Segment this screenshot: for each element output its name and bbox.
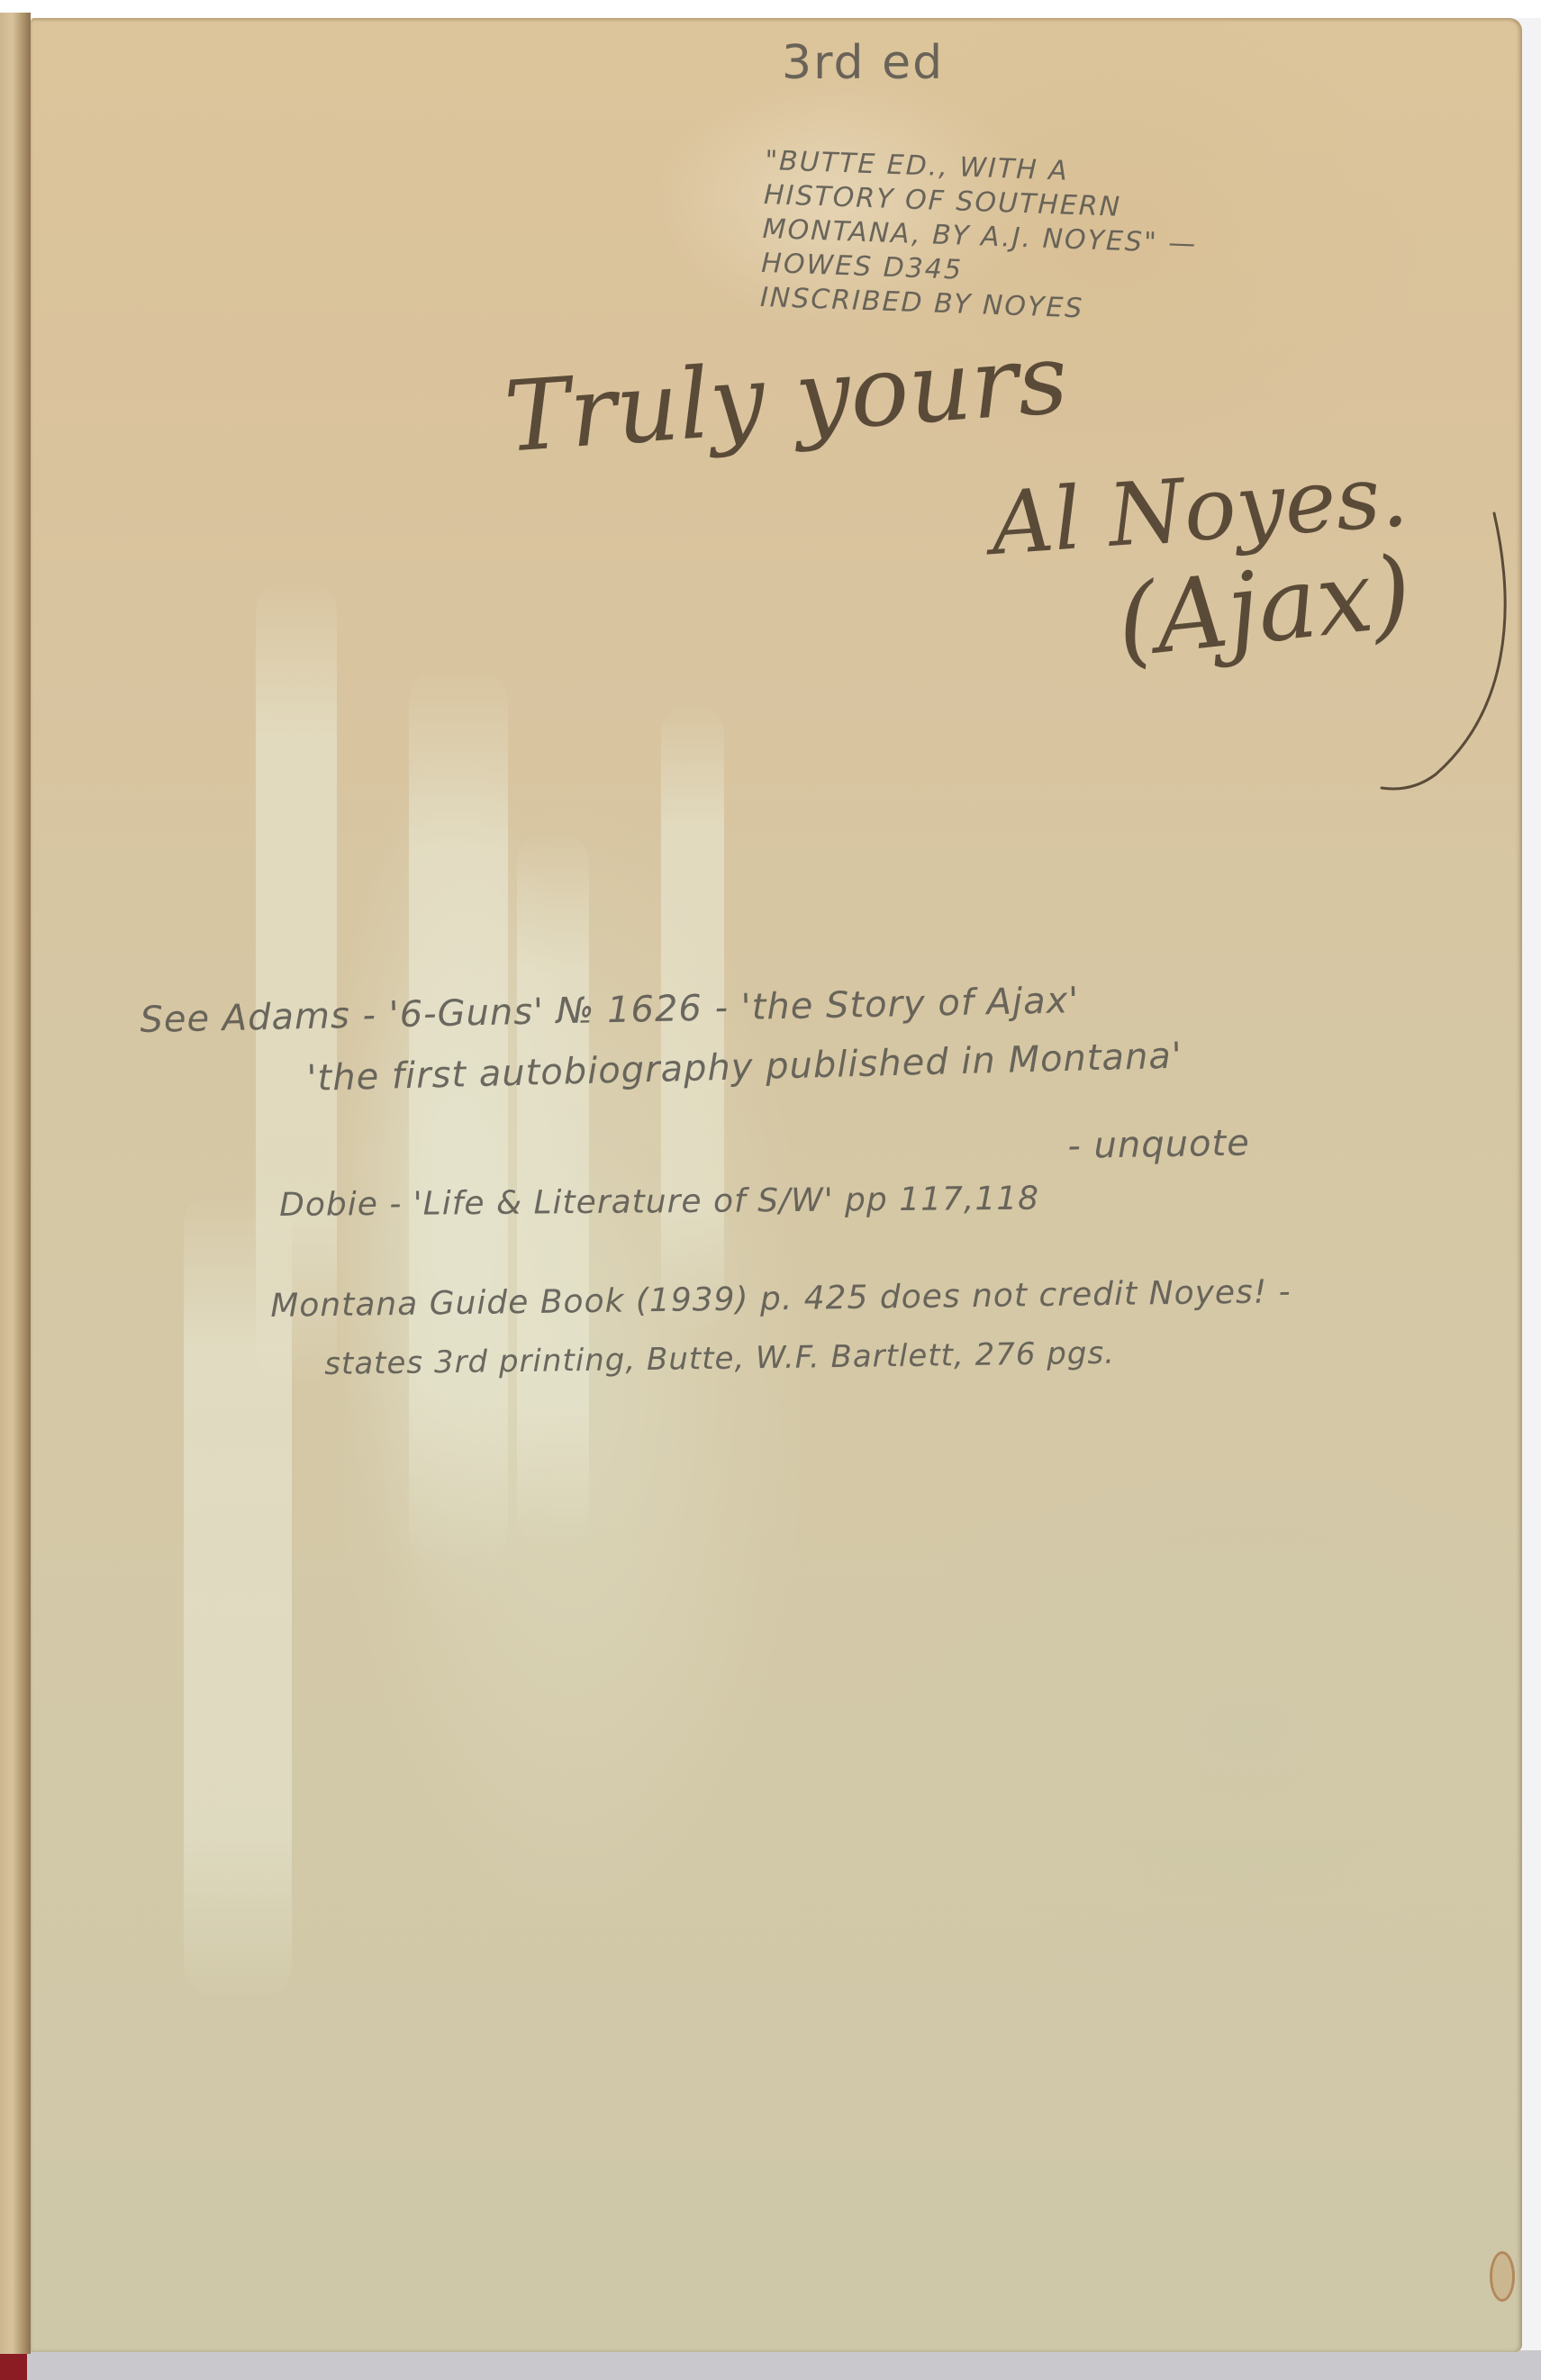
book-hinge [0, 13, 31, 2354]
foxing-stain [1490, 2251, 1515, 2302]
table-surface [27, 2350, 1541, 2380]
reference-dobie: Dobie - 'Life & Literature of S/W' pp 11… [279, 1181, 1039, 1224]
reference-unquote: - unquote [1067, 1122, 1250, 1167]
water-streak [409, 666, 508, 1567]
bibliographic-note: "BUTTE ED., WITH A HISTORY OF SOUTHERN M… [759, 144, 1200, 330]
edition-mark: 3rd ed [782, 36, 944, 90]
